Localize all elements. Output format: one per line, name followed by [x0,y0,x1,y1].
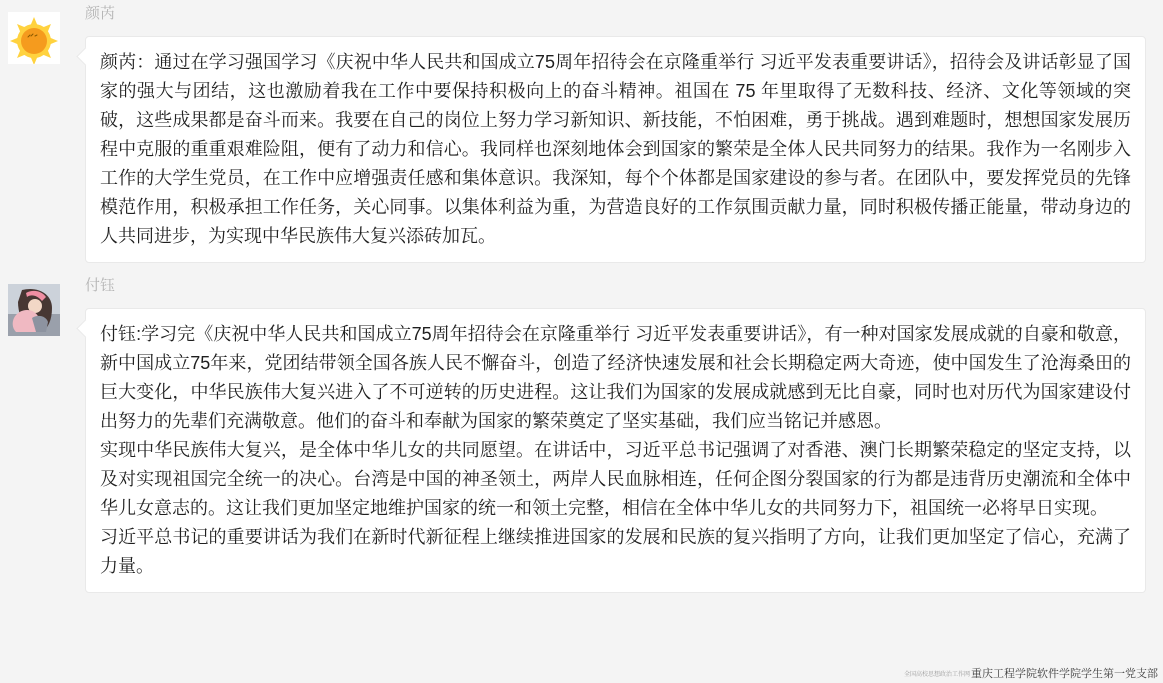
avatar[interactable] [8,284,60,336]
watermark: 全国高校思想政治工作网 重庆工程学院软件学院学生第一党支部 [904,665,1158,681]
sun-cartoon-avatar-icon [8,12,60,64]
message-yanrui: 颜芮 颜芮：通过在学习强国学习《庆祝中华人民共和国成立75周年招待会在京隆重举行… [8,5,1163,263]
message-text: 实现中华民族伟大复兴，是全体中华儿女的共同愿望。在讲话中，习近平总书记强调了对香… [100,436,1131,523]
message-bubble: 颜芮：通过在学习强国学习《庆祝中华人民共和国成立75周年招待会在京隆重举行 习近… [85,36,1146,263]
avatar[interactable] [8,12,60,64]
girl-photo-avatar-icon [8,284,60,336]
message-text: 习近平总书记的重要讲话为我们在新时代新征程上继续推进国家的发展和民族的复兴指明了… [100,523,1131,581]
message-text: 付钰:学习完《庆祝中华人民共和国成立75周年招待会在京隆重举行 习近平发表重要讲… [100,320,1131,436]
bubble-tail [76,319,94,337]
message-text: 颜芮：通过在学习强国学习《庆祝中华人民共和国成立75周年招待会在京隆重举行 习近… [100,48,1131,251]
username[interactable]: 颜芮 [85,3,1146,25]
message-bubble: 付钰:学习完《庆祝中华人民共和国成立75周年招待会在京隆重举行 习近平发表重要讲… [85,308,1146,593]
message-feed: 颜芮 颜芮：通过在学习强国学习《庆祝中华人民共和国成立75周年招待会在京隆重举行… [0,0,1163,593]
message-fuyu: 付钰 付钰:学习完《庆祝中华人民共和国成立75周年招待会在京隆重举行 习近平发表… [8,277,1163,593]
watermark-logo-text: 全国高校思想政治工作网 [904,669,970,678]
username[interactable]: 付钰 [85,275,1146,297]
watermark-text: 重庆工程学院软件学院学生第一党支部 [971,665,1158,681]
bubble-tail [76,47,94,65]
